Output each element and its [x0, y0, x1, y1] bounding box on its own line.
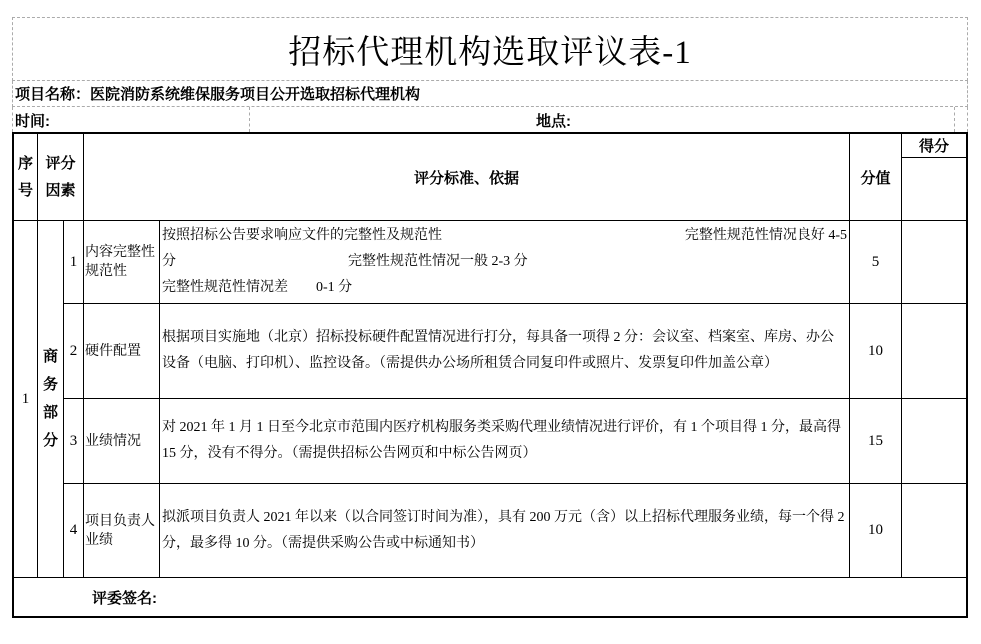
row-2-points: 10 — [868, 343, 883, 360]
row-1-number-cell: 1 — [64, 221, 84, 304]
project-name-text: 项目名称：医院消防系统维保服务项目公开选取招标代理机构 — [13, 83, 420, 104]
row-3-factor-label: 业绩情况 — [85, 432, 141, 451]
row-1-criteria-cell: 按照招标公告要求响应文件的完整性及规范性 完整性规范性情况良好 4-5 分 完整… — [160, 221, 850, 304]
project-name-row: 项目名称：医院消防系统维保服务项目公开选取招标代理机构 — [12, 81, 968, 107]
time-location-row: 时间: 地点: — [12, 107, 968, 132]
row-1-criteria-line2: 分 完整性规范性情况一般 2-3 分 — [162, 249, 847, 275]
page: 招标代理机构选取评议表-1 项目名称：医院消防系统维保服务项目公开选取招标代理机… — [0, 0, 981, 644]
row-4-factor-cell: 项目负责人业绩 — [84, 484, 160, 578]
row-4-score-cell[interactable] — [902, 484, 966, 578]
header-serial-label: 序号 — [17, 150, 34, 204]
title-block: 招标代理机构选取评议表-1 — [12, 17, 968, 81]
row-1-points-cell: 5 — [850, 221, 902, 304]
row-3-points: 15 — [868, 433, 883, 450]
row-1-criteria-line1-left: 按照招标公告要求响应文件的完整性及规范性 — [162, 223, 442, 249]
group-category-label: 商务部分 — [43, 343, 59, 455]
header-criteria-cell: 评分标准、依据 — [84, 134, 850, 221]
row-4-points: 10 — [868, 522, 883, 539]
page-title: 招标代理机构选取评议表-1 — [288, 26, 692, 73]
row-1-criteria-line2-left: 分 — [162, 249, 176, 275]
signature-row[interactable]: 评委签名: — [14, 578, 966, 616]
time-label: 时间: — [15, 110, 50, 131]
row-2-points-cell: 10 — [850, 304, 902, 399]
row-2-criteria-text: 根据项目实施地（北京）招标投标硬件配置情况进行打分，每具备一项得 2 分：会议室… — [162, 325, 847, 377]
right-cell-divider — [954, 107, 955, 132]
row-2-number: 2 — [70, 343, 78, 360]
row-4-number-cell: 4 — [64, 484, 84, 578]
row-3-points-cell: 15 — [850, 399, 902, 484]
row-4-criteria-cell: 拟派项目负责人 2021 年以来（以合同签订时间为准），具有 200 万元（含）… — [160, 484, 850, 578]
row-2-score-cell[interactable] — [902, 304, 966, 399]
header-points-cell: 分值 — [850, 134, 902, 221]
location-label: 地点: — [536, 110, 571, 131]
row-2-number-cell: 2 — [64, 304, 84, 399]
row-1-points: 5 — [872, 254, 880, 271]
row-1-score-cell[interactable] — [902, 221, 966, 304]
row-1-factor-cell: 内容完整性规范性 — [84, 221, 160, 304]
row-3-number: 3 — [70, 433, 78, 450]
group-serial-label: 1 — [22, 391, 30, 408]
row-3-criteria-text: 对 2021 年 1 月 1 日至今北京市范围内医疗机构服务类采购代理业绩情况进… — [162, 415, 847, 467]
evaluation-table: 序号 评分因素 评分标准、依据 分值 得分 1 商务部分 1 内容完整性规范性 — [12, 132, 968, 618]
row-4-number: 4 — [70, 522, 78, 539]
group-serial-cell: 1 — [14, 221, 38, 578]
row-2-factor-cell: 硬件配置 — [84, 304, 160, 399]
row-1-criteria-line1-right: 完整性规范性情况良好 4-5 — [685, 223, 847, 249]
row-1-criteria-line1: 按照招标公告要求响应文件的完整性及规范性 完整性规范性情况良好 4-5 — [162, 223, 847, 249]
row-3-score-cell[interactable] — [902, 399, 966, 484]
row-4-points-cell: 10 — [850, 484, 902, 578]
row-1-number: 1 — [70, 254, 78, 271]
time-cell-divider — [249, 107, 250, 132]
signature-label: 评委签名: — [92, 587, 157, 608]
header-factor-cell: 评分因素 — [38, 134, 84, 221]
row-1-criteria-line3: 完整性规范性情况差 0-1 分 — [162, 275, 847, 301]
header-serial-cell: 序号 — [14, 134, 38, 221]
header-score-cell: 得分 — [902, 134, 966, 158]
row-4-criteria-text: 拟派项目负责人 2021 年以来（以合同签订时间为准），具有 200 万元（含）… — [162, 505, 847, 557]
header-factor-label: 评分因素 — [45, 150, 77, 204]
header-score-empty-cell[interactable] — [902, 158, 966, 221]
row-3-number-cell: 3 — [64, 399, 84, 484]
row-3-criteria-cell: 对 2021 年 1 月 1 日至今北京市范围内医疗机构服务类采购代理业绩情况进… — [160, 399, 850, 484]
row-2-criteria-cell: 根据项目实施地（北京）招标投标硬件配置情况进行打分，每具备一项得 2 分：会议室… — [160, 304, 850, 399]
header-score-label: 得分 — [919, 135, 949, 156]
header-criteria-label: 评分标准、依据 — [414, 167, 519, 188]
row-1-criteria-line2-center: 完整性规范性情况一般 2-3 分 — [348, 249, 528, 275]
row-1-factor-label: 内容完整性规范性 — [85, 243, 158, 281]
row-2-factor-label: 硬件配置 — [85, 342, 141, 361]
row-4-factor-label: 项目负责人业绩 — [85, 512, 158, 550]
row-3-factor-cell: 业绩情况 — [84, 399, 160, 484]
group-category-cell: 商务部分 — [38, 221, 64, 578]
header-points-label: 分值 — [860, 167, 890, 188]
